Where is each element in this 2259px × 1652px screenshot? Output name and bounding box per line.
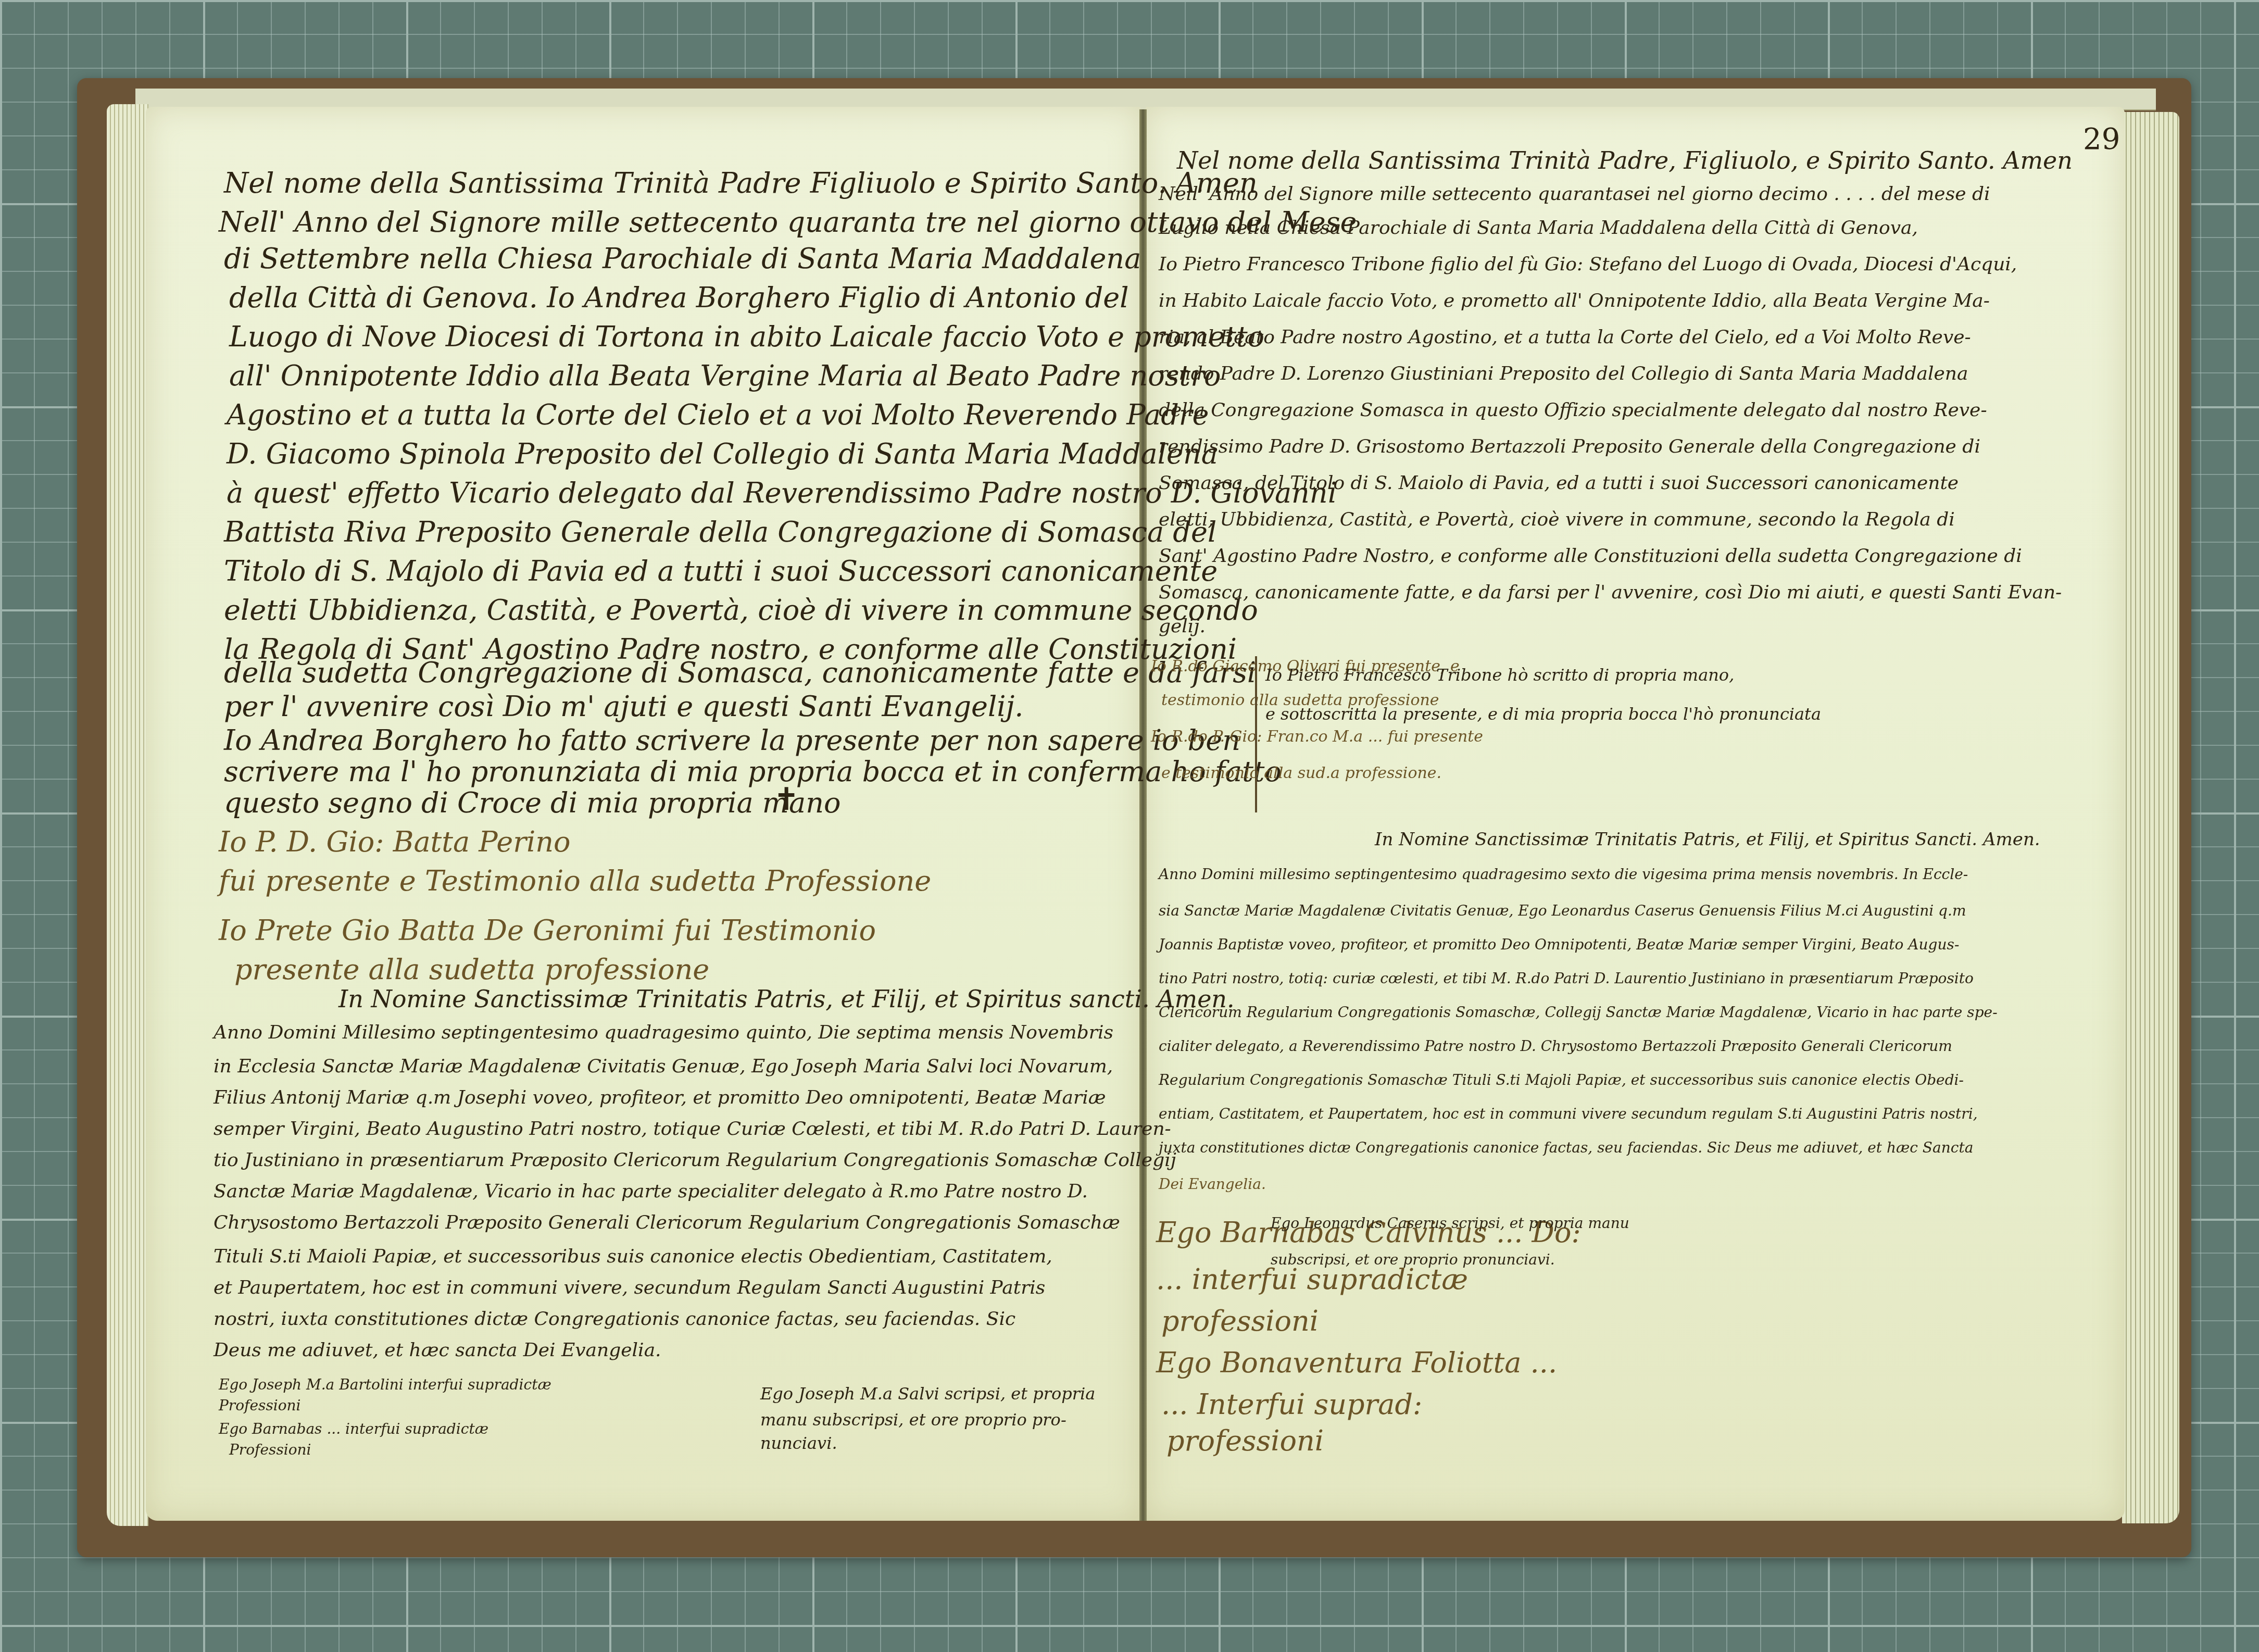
right-entry1-line: in Habito Laicale faccio Voto, e promett… bbox=[1159, 292, 1990, 310]
right-entry2-line: Clericorum Regularium Congregationis Som… bbox=[1159, 1005, 1998, 1020]
left-entry2-line: tio Justiniano in præsentiarum Præposito… bbox=[214, 1151, 1176, 1170]
right-entry1-line: Somasca, canonicamente fatte, e da farsi… bbox=[1159, 583, 2062, 602]
left-witness-signature: Professioni bbox=[229, 1443, 311, 1457]
right-witness: e testimonio alla sud.a professione. bbox=[1161, 766, 1441, 781]
left-witness-signature: Professioni bbox=[219, 1398, 301, 1413]
left-entry1-line: Agostino et a tutta la Corte del Cielo e… bbox=[227, 401, 1209, 429]
right-entry2-line: Regularium Congregationis Somaschæ Titul… bbox=[1159, 1073, 1964, 1087]
left-entry1-line: eletti Ubbidienza, Castità, e Povertà, c… bbox=[224, 596, 1258, 624]
left-witness: Io P. D. Gio: Batta Perino bbox=[219, 828, 571, 856]
right-entry1-heading: Nel nome della Santissima Trinità Padre,… bbox=[1177, 148, 2073, 172]
left-entry1-line: di Settembre nella Chiesa Parochiale di … bbox=[224, 245, 1141, 273]
right-entry2-line: Joannis Baptistæ voveo, profiteor, et pr… bbox=[1159, 937, 1959, 952]
right-witness-signature: Ego Bonaventura Foliotta ... bbox=[1156, 1349, 1557, 1377]
left-entry2-line: Filius Antonij Mariæ q.m Josephi voveo, … bbox=[214, 1088, 1106, 1107]
left-entry1-line: della Città di Genova. Io Andrea Borgher… bbox=[229, 284, 1129, 312]
right-entry1-line: Luglio nella Chiesa Parochiale di Santa … bbox=[1159, 219, 1918, 237]
left-entry2-line: et Paupertatem, hoc est in communi viver… bbox=[214, 1279, 1045, 1297]
right-entry2-line: juxta constitutiones dictæ Congregationi… bbox=[1159, 1141, 1973, 1155]
right-professant-signature: subscripsi, et ore proprio pronunciavi. bbox=[1271, 1253, 1555, 1267]
left-entry1-line: D. Giacomo Spinola Preposito del Collegi… bbox=[227, 440, 1218, 468]
right-witness-signature: ... Interfui suprad: bbox=[1161, 1391, 1422, 1419]
right-entry1-line: della Congregazione Somasca in questo Of… bbox=[1159, 401, 1987, 420]
right-page-edges bbox=[2122, 112, 2179, 1523]
right-entry1-line: rendissimo Padre D. Grisostomo Bertazzol… bbox=[1159, 437, 1980, 456]
left-witness: presente alla sudetta professione bbox=[234, 956, 709, 984]
page-number: 29 bbox=[2083, 122, 2120, 156]
left-entry1-line: Titolo di S. Majolo di Pavia ed a tutti … bbox=[224, 557, 1218, 585]
left-professant-signature: nunciavi. bbox=[760, 1435, 837, 1451]
left-entry2-line: nostri, iuxta constitutiones dictæ Congr… bbox=[214, 1310, 1015, 1329]
right-entry1-line: Somasca, del Titolo di S. Maiolo di Pavi… bbox=[1159, 474, 1959, 493]
left-witness: fui presente e Testimonio alla sudetta P… bbox=[219, 867, 931, 895]
cross-mark-icon: ✝ bbox=[773, 781, 799, 818]
right-entry2-line: tino Patri nostro, totiq: curiæ cœlesti,… bbox=[1159, 971, 1974, 986]
left-witness-signature: Ego Joseph M.a Bartolini interfui suprad… bbox=[219, 1378, 551, 1392]
right-professant-signature: Ego Leonardus Caserus scripsi, et propri… bbox=[1271, 1216, 1629, 1231]
left-entry2-line: Chrysostomo Bertazzoli Præposito General… bbox=[214, 1213, 1120, 1232]
left-entry2-line: Tituli S.ti Maioli Papiæ, et successorib… bbox=[214, 1247, 1052, 1266]
left-witness: Io Prete Gio Batta De Geronimi fui Testi… bbox=[219, 917, 876, 945]
left-entry2-line: Deus me adiuvet, et hæc sancta Dei Evang… bbox=[214, 1341, 661, 1360]
left-entry1-line: all' Onnipotente Iddio alla Beata Vergin… bbox=[229, 362, 1221, 390]
right-entry1-line: eletti, Ubbidienza, Castità, e Povertà, … bbox=[1159, 510, 1955, 529]
left-page-edges bbox=[107, 104, 148, 1526]
left-entry2-line: semper Virgini, Beato Augustino Patri no… bbox=[214, 1120, 1171, 1138]
right-entry1-line: ria, al Beato Padre nostro Agostino, et … bbox=[1159, 328, 1971, 347]
right-entry1-line: Sant' Agostino Padre Nostro, e conforme … bbox=[1159, 547, 2022, 566]
right-witness-signature: ... interfui supradictæ bbox=[1156, 1266, 1468, 1294]
left-entry1-line: Battista Riva Preposito Generale della C… bbox=[224, 518, 1216, 546]
bracket-divider bbox=[1255, 656, 1257, 812]
left-entry1-line: Luogo di Nove Diocesi di Tortona in abit… bbox=[229, 323, 1264, 351]
right-professant-signature: Io Pietro Francesco Tribone hò scritto d… bbox=[1265, 667, 1734, 683]
right-entry1-line: gelij. bbox=[1159, 617, 1206, 636]
right-professant-signature: e sottoscritta la presente, e di mia pro… bbox=[1265, 706, 1821, 722]
right-witness-signature: professioni bbox=[1161, 1307, 1319, 1335]
right-entry1-line: rendo Padre D. Lorenzo Giustiniani Prepo… bbox=[1159, 365, 1968, 383]
left-entry1-line: questo segno di Croce di mia propria man… bbox=[224, 789, 841, 817]
left-entry1-line: per l' avvenire così Dio m' ajuti e ques… bbox=[224, 693, 1023, 721]
right-entry2-line: Dei Evangelia. bbox=[1159, 1177, 1266, 1192]
left-professant-signature: manu subscripsi, et ore proprio pro- bbox=[760, 1411, 1066, 1428]
left-entry2-line: Anno Domini Millesimo septingentesimo qu… bbox=[214, 1023, 1113, 1042]
right-witness-signature: professioni bbox=[1166, 1427, 1324, 1455]
right-entry2-line: entiam, Castitatem, et Paupertatem, hoc … bbox=[1159, 1107, 1978, 1121]
right-entry1-line: Io Pietro Francesco Tribone figlio del f… bbox=[1159, 255, 2017, 274]
right-entry2-line: sia Sanctæ Mariæ Magdalenæ Civitatis Gen… bbox=[1159, 904, 1966, 918]
left-entry1-line: Io Andrea Borghero ho fatto scrivere la … bbox=[224, 727, 1240, 755]
left-entry1-line: della sudetta Congregazione di Somasca, … bbox=[224, 659, 1256, 687]
right-entry2-line: cialiter delegato, a Reverendissimo Patr… bbox=[1159, 1039, 1952, 1054]
right-witness: Io R.do P. Gio: Fran.co M.a ... fui pres… bbox=[1151, 729, 1483, 745]
left-entry1-line: scrivere ma l' ho pronunziata di mia pro… bbox=[224, 758, 1282, 786]
left-entry2-heading: In Nomine Sanctissimæ Trinitatis Patris,… bbox=[338, 987, 1235, 1011]
left-entry2-line: Sanctæ Mariæ Magdalenæ, Vicario in hac p… bbox=[214, 1182, 1088, 1201]
left-witness-signature: Ego Barnabas ... interfui supradictæ bbox=[219, 1422, 488, 1436]
left-entry2-line: in Ecclesia Sanctæ Mariæ Magdalenæ Civit… bbox=[214, 1057, 1113, 1076]
left-professant-signature: Ego Joseph M.a Salvi scripsi, et propria bbox=[760, 1385, 1095, 1402]
right-entry2-heading: In Nomine Sanctissimæ Trinitatis Patris,… bbox=[1375, 831, 2040, 848]
left-entry1-heading: Nel nome della Santissima Trinità Padre … bbox=[224, 169, 1258, 197]
right-entry1-line: Nell' Anno del Signore mille settecento … bbox=[1159, 185, 1990, 204]
right-entry2-line: Anno Domini millesimo septingentesimo qu… bbox=[1159, 867, 1968, 882]
